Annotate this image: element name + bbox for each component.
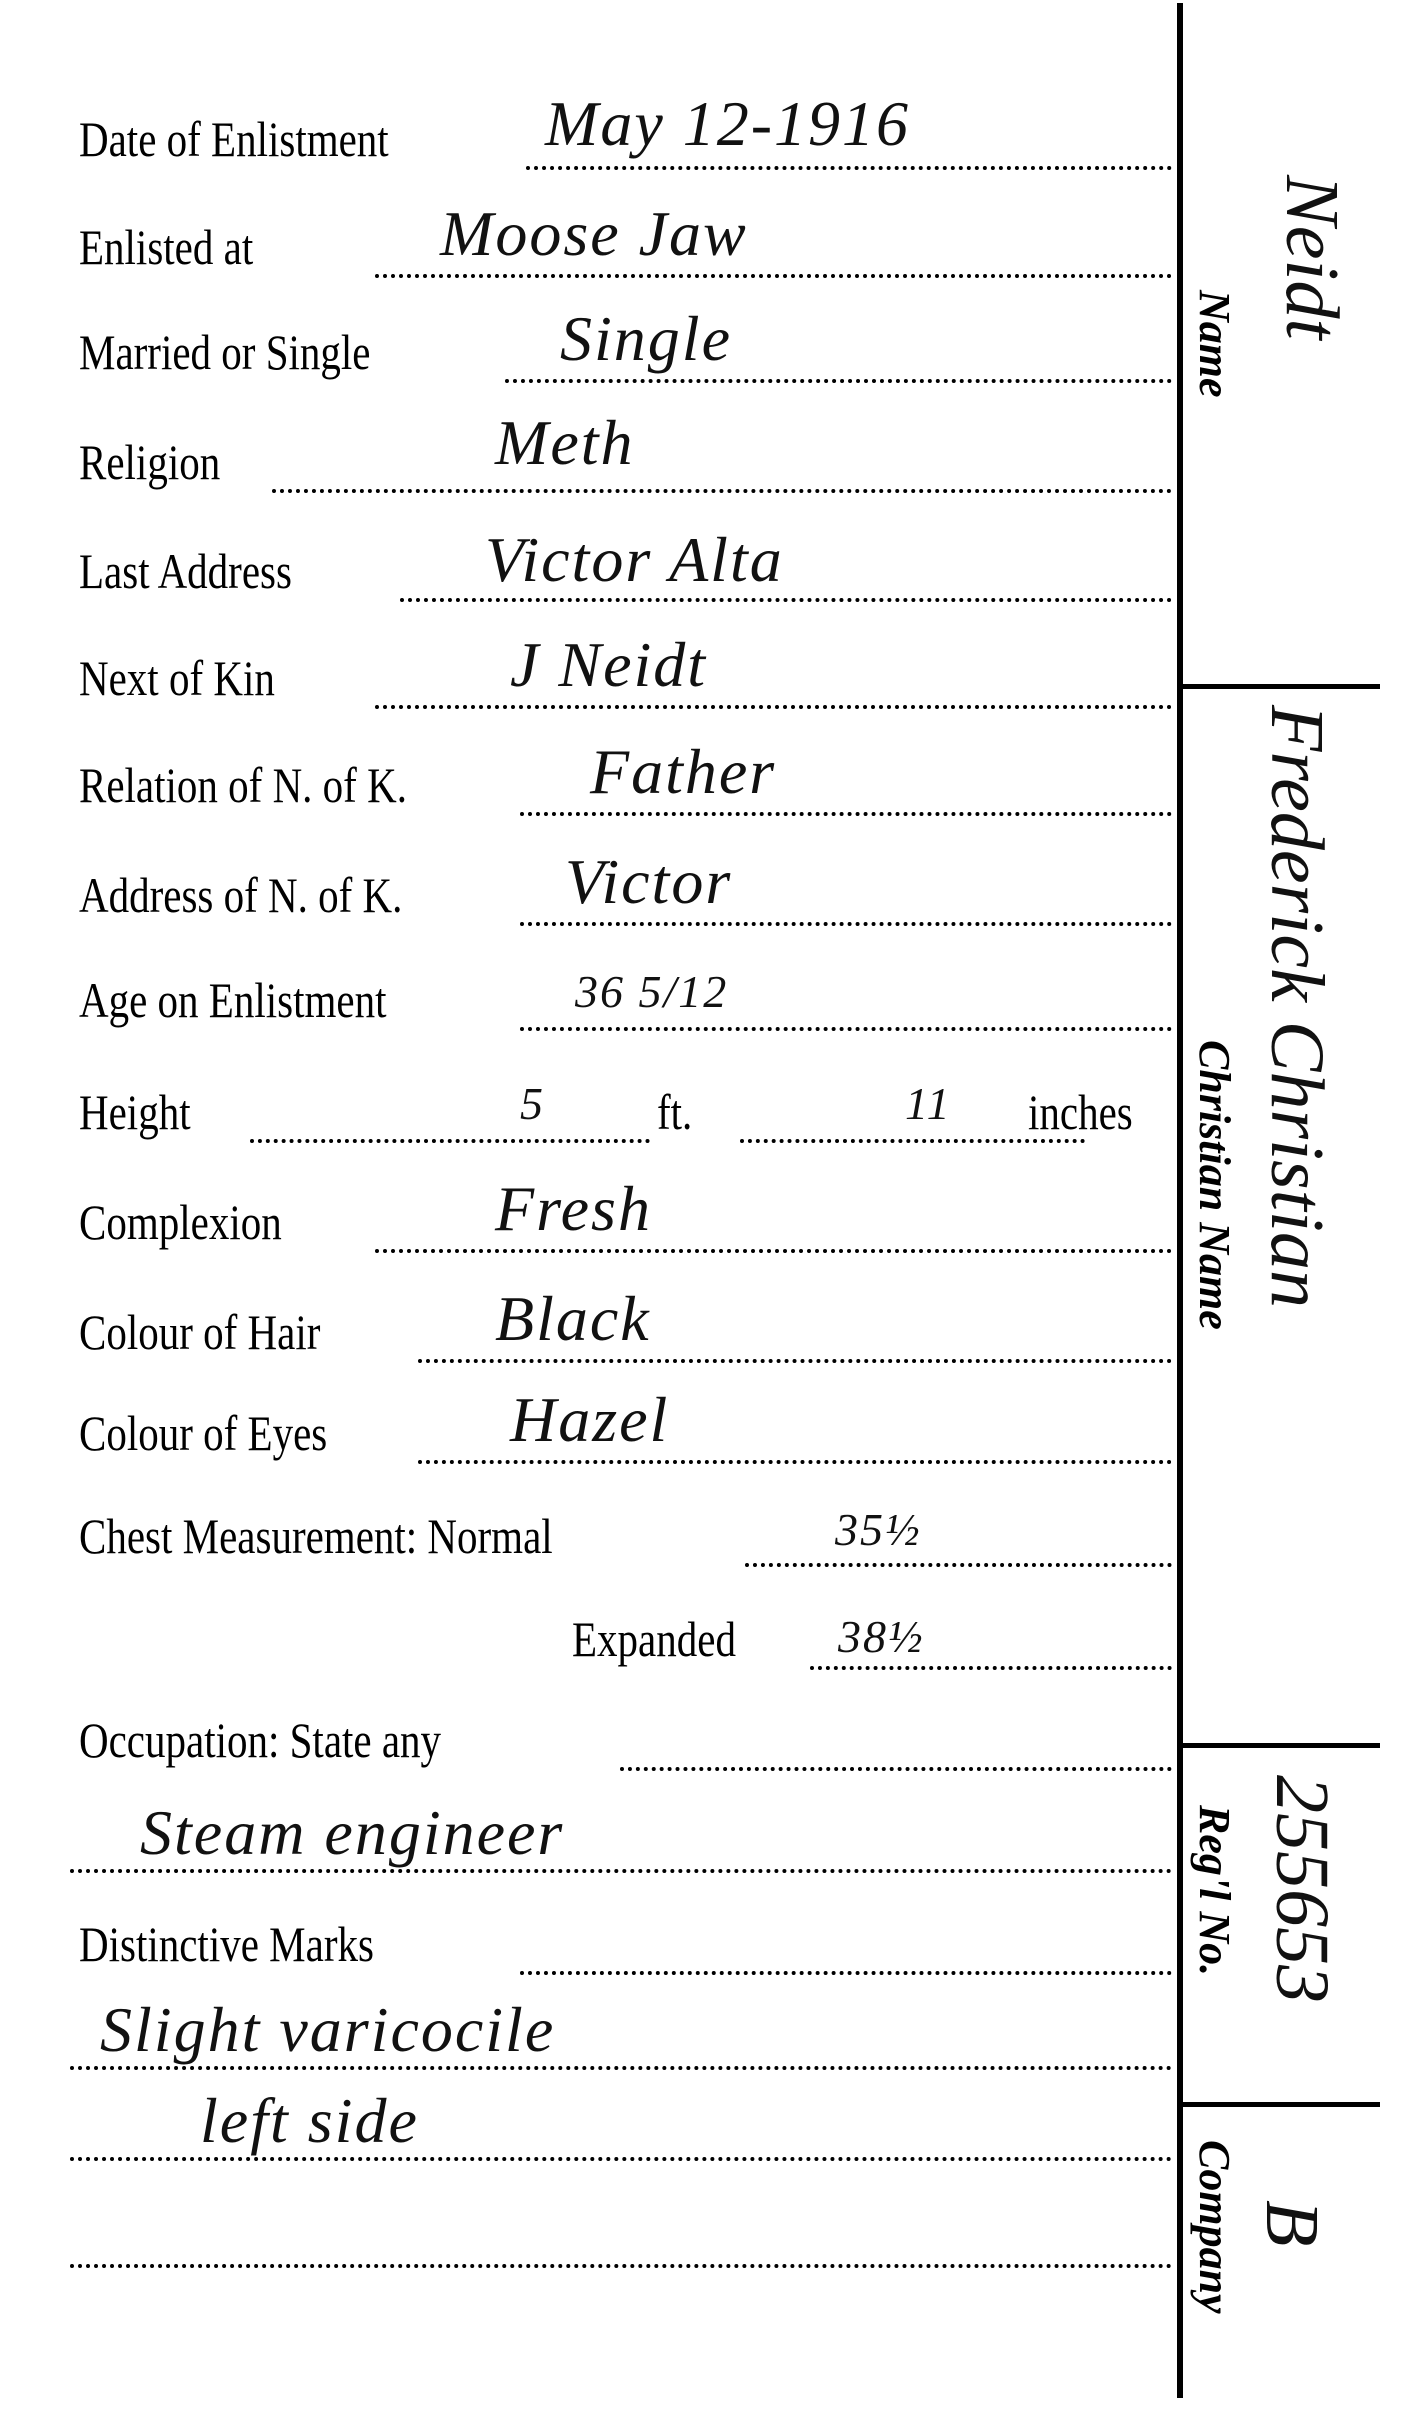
field-age-on-enlistment: Age on Enlistment 36 5/12 — [0, 921, 1180, 1031]
height-feet-value: 5 — [520, 1081, 545, 1127]
field-colour-of-hair: Colour of Hair Black — [0, 1253, 1180, 1363]
field-value: Victor — [565, 850, 732, 914]
field-label: Enlisted at — [79, 222, 253, 272]
field-date-of-enlistment: Date of Enlistment May 12-1916 — [0, 60, 1180, 170]
field-value: Victor Alta — [485, 528, 784, 592]
field-last-address: Last Address Victor Alta — [0, 492, 1180, 602]
field-next-of-kin: Next of Kin J Neidt — [0, 599, 1180, 709]
field-complexion: Complexion Fresh — [0, 1143, 1180, 1253]
field-label: Colour of Hair — [79, 1307, 320, 1357]
christian-name-label: Christian Name — [1189, 1040, 1240, 1330]
name-label: Name — [1189, 290, 1240, 398]
field-chest-normal: Chest Measurement: Normal 35½ — [0, 1457, 1180, 1567]
field-label: Relation of N. of K. — [79, 760, 407, 810]
field-religion: Religion Meth — [0, 383, 1180, 493]
field-label: Age on Enlistment — [79, 975, 386, 1025]
field-enlisted-at: Enlisted at Moose Jaw — [0, 168, 1180, 278]
section-divider — [1180, 1743, 1380, 1748]
field-label: Expanded — [572, 1614, 736, 1664]
field-label: Occupation: State any — [79, 1715, 441, 1765]
field-chest-expanded: Expanded 38½ — [0, 1560, 1180, 1670]
field-label: Height — [79, 1087, 191, 1137]
column-divider — [1177, 3, 1183, 2398]
field-value: May 12-1916 — [545, 92, 910, 156]
inches-label: inches — [1028, 1087, 1133, 1137]
dotted-line — [70, 2264, 1172, 2268]
section-divider — [1180, 2102, 1380, 2107]
field-value: 36 5/12 — [575, 969, 728, 1015]
field-label: Next of Kin — [79, 653, 275, 703]
field-distinctive-marks: Distinctive Marks — [0, 1865, 1180, 1975]
field-label: Date of Enlistment — [79, 114, 389, 164]
field-value: Hazel — [510, 1388, 669, 1452]
height-inches-value: 11 — [905, 1081, 952, 1127]
field-value: Steam engineer — [140, 1801, 564, 1865]
name-value: Neidt — [1268, 175, 1355, 340]
field-label: Religion — [79, 437, 220, 487]
field-height: Height 5 ft. 11 inches — [0, 1033, 1180, 1143]
field-blank-line — [0, 2158, 1180, 2268]
regl-no-label: Reg'l No. — [1189, 1805, 1240, 1976]
field-colour-of-eyes: Colour of Eyes Hazel — [0, 1354, 1180, 1464]
field-value: Black — [495, 1287, 651, 1351]
christian-name-value: Frederick Christian — [1253, 705, 1340, 1308]
regl-no-value: 255653 — [1258, 1775, 1345, 2003]
field-relation-of-next-of-kin: Relation of N. of K. Father — [0, 706, 1180, 816]
field-value: Father — [590, 740, 776, 804]
field-value: J Neidt — [510, 633, 707, 697]
field-value: 35½ — [835, 1507, 922, 1553]
field-value: Single — [560, 307, 732, 371]
field-label: Colour of Eyes — [79, 1408, 327, 1458]
field-married-or-single: Married or Single Single — [0, 273, 1180, 383]
field-value: Meth — [495, 411, 635, 475]
dotted-line — [520, 1027, 1172, 1031]
field-value: Moose Jaw — [440, 202, 748, 266]
company-value: B — [1248, 2200, 1335, 2246]
field-label: Last Address — [79, 546, 292, 596]
field-occupation-value: Steam engineer — [0, 1763, 1180, 1873]
ft-label: ft. — [657, 1087, 692, 1137]
field-label: Chest Measurement: Normal — [79, 1511, 553, 1561]
field-value: Fresh — [495, 1177, 652, 1241]
field-label: Married or Single — [79, 327, 370, 377]
field-label: Address of N. of K. — [79, 870, 402, 920]
field-label: Complexion — [79, 1197, 282, 1247]
field-occupation: Occupation: State any — [0, 1661, 1180, 1771]
field-value: left side — [200, 2089, 419, 2153]
field-value: 38½ — [838, 1614, 925, 1660]
field-distinctive-marks-value-2: left side — [0, 2051, 1180, 2161]
section-divider — [1180, 684, 1380, 689]
company-label: Company — [1189, 2140, 1240, 2314]
field-address-of-next-of-kin: Address of N. of K. Victor — [0, 816, 1180, 926]
